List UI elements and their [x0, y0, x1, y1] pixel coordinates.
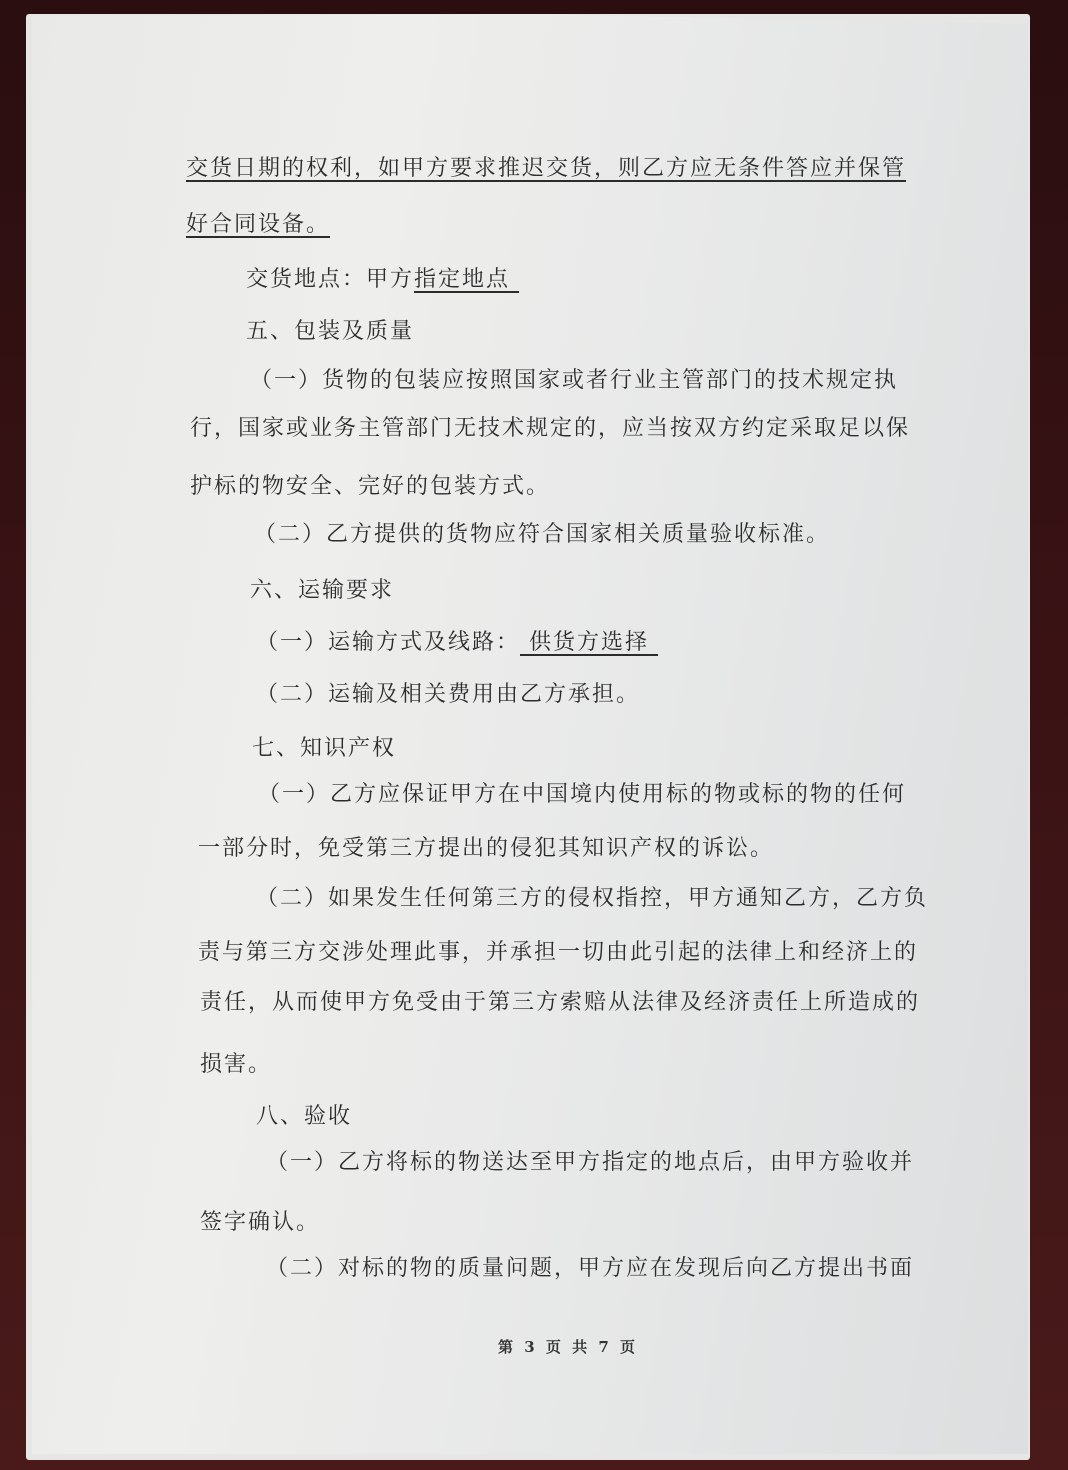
text-line: 责与第三方交涉处理此事，并承担一切由此引起的法律上和经济上的 [198, 938, 918, 968]
delivery-location-line: 交货地点：甲方指定地点 [246, 265, 519, 295]
text-line: （二）运输及相关费用由乙方承担。 [256, 680, 640, 710]
section-heading: 七、知识产权 [252, 734, 396, 764]
text-line: 交货日期的权利，如甲方要求推迟交货，则乙方应无条件答应并保管 [186, 154, 906, 184]
field-label: 交货地点：甲方 [246, 267, 414, 292]
text-line: 损害。 [200, 1050, 272, 1080]
text-line: 签字确认。 [200, 1208, 320, 1238]
transport-route-line: （一）运输方式及线路： 供货方选择 [256, 628, 658, 658]
text-line: （一）货物的包装应按照国家或者行业主管部门的技术规定执 [250, 366, 898, 396]
text-line: （一）乙方应保证甲方在中国境内使用标的物或标的物的任何 [258, 780, 906, 810]
section-heading: 五、包装及质量 [246, 317, 414, 347]
text-line: 好合同设备。 [186, 210, 330, 240]
transport-route-value: 供货方选择 [520, 630, 658, 655]
delivery-location-value: 指定地点 [414, 267, 510, 292]
text-line: （二）对标的物的质量问题，甲方应在发现后向乙方提出书面 [266, 1254, 914, 1284]
section-heading: 八、验收 [256, 1102, 352, 1132]
text-line: 行，国家或业务主管部门无技术规定的，应当按双方约定采取足以保 [190, 414, 910, 444]
section-heading: 六、运输要求 [250, 576, 394, 606]
document-page [32, 14, 1028, 1454]
text-line: 护标的物安全、完好的包装方式。 [190, 472, 550, 502]
text-line: （二）如果发生任何第三方的侵权指控，甲方通知乙方，乙方负 [256, 884, 928, 914]
text-line: （一）乙方将标的物送达至甲方指定的地点后，由甲方验收并 [266, 1148, 914, 1178]
page-number: 第 3 页 共 7 页 [498, 1336, 638, 1357]
text-line: （二）乙方提供的货物应符合国家相关质量验收标准。 [254, 520, 830, 550]
field-label: （一）运输方式及线路： [256, 630, 520, 655]
text-line: 一部分时，免受第三方提出的侵犯其知识产权的诉讼。 [198, 834, 774, 864]
text-line: 责任，从而使甲方免受由于第三方索赔从法律及经济责任上所造成的 [200, 988, 920, 1018]
